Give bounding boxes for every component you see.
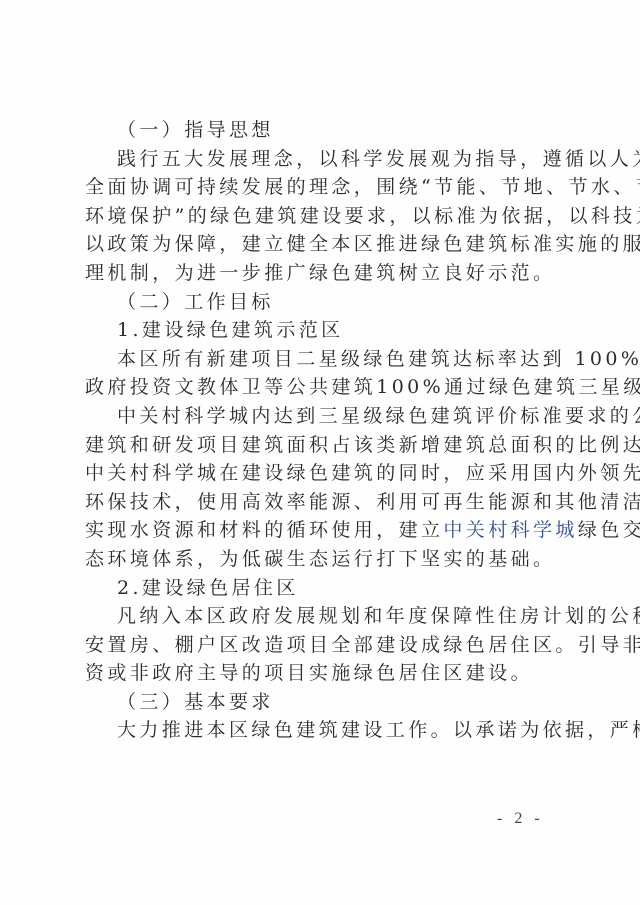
paragraph-line: 以政策为保障，建立健全本区推进绿色建筑标准实施的服务与管 — [85, 230, 557, 259]
document-page: （一）指导思想 践行五大发展理念，以科学发展观为指导，遵循以人为本和 全面协调可… — [0, 0, 640, 905]
paragraph-line: 环境保护”的绿色建筑建设要求，以标准为依据，以科技为支撑， — [85, 202, 557, 231]
paragraph-line: 资或非政府主导的项目实施绿色居住区建设。 — [85, 659, 557, 688]
paragraph-line-with-link: 实现水资源和材料的循环使用，建立中关村科学城绿色交通和生 — [85, 516, 557, 545]
page-number: - 2 - — [497, 810, 544, 828]
section-heading-basic-requirements: （三）基本要求 — [85, 688, 557, 717]
paragraph-line: 践行五大发展理念，以科学发展观为指导，遵循以人为本和 — [85, 145, 557, 174]
paragraph-line: 本区所有新建项目二星级绿色建筑达标率达到 100%。其中 — [85, 345, 557, 374]
paragraph-line: 大力推进本区绿色建筑建设工作。以承诺为依据，严格执行 — [85, 716, 557, 745]
text-after-link: 绿色交通和生 — [578, 519, 640, 541]
paragraph-line: 中关村科学城在建设绿色建筑的同时，应采用国内外领先的节能 — [85, 459, 557, 488]
subsection-heading-residential-zone: 2.建设绿色居住区 — [85, 574, 557, 603]
paragraph-line: 建筑和研发项目建筑面积占该类新增建筑总面积的比例达到60%。 — [85, 431, 557, 460]
paragraph-line: 凡纳入本区政府发展规划和年度保障性住房计划的公租房、 — [85, 602, 557, 631]
paragraph-line: 环保技术，使用高效率能源、利用可再生能源和其他清洁能源， — [85, 488, 557, 517]
paragraph-line: 理机制，为进一步推广绿色建筑树立良好示范。 — [85, 259, 557, 288]
zhongguancun-science-city-link[interactable]: 中关村科学城 — [443, 519, 577, 541]
document-body: （一）指导思想 践行五大发展理念，以科学发展观为指导，遵循以人为本和 全面协调可… — [85, 116, 557, 745]
subsection-heading-demo-zone: 1.建设绿色建筑示范区 — [85, 316, 557, 345]
section-heading-guiding-ideology: （一）指导思想 — [85, 116, 557, 145]
section-heading-work-goals: （二）工作目标 — [85, 288, 557, 317]
paragraph-line: 态环境体系，为低碳生态运行打下坚实的基础。 — [85, 545, 557, 574]
paragraph-line: 安置房、棚户区改造项目全部建设成绿色居住区。引导非政府投 — [85, 631, 557, 660]
text-before-link: 实现水资源和材料的循环使用，建立 — [85, 519, 443, 541]
paragraph-line: 政府投资文教体卫等公共建筑100%通过绿色建筑三星级认证。 — [85, 373, 557, 402]
paragraph-line: 中关村科学城内达到三星级绿色建筑评价标准要求的公共 — [85, 402, 557, 431]
paragraph-line: 全面协调可持续发展的理念，围绕“节能、节地、节水、节材和 — [85, 173, 557, 202]
